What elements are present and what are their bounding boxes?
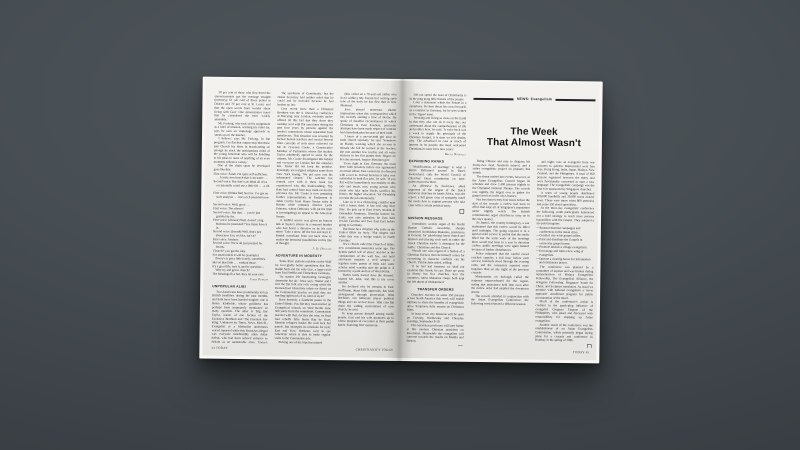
article-subhead: Unpopular Alibi (212, 285, 268, 290)
body-paragraph: 'Should one who regard of a bishop of a … (407, 249, 464, 265)
body-paragraph: The threat melted into events, however, … (472, 175, 530, 199)
right-page-columns: Did not spend the least of Christianity … (406, 93, 592, 348)
body-paragraph: The crowds attended in conjunction with … (471, 294, 529, 306)
photo-backdrop: 30 per cent of those who first heard the… (0, 0, 800, 450)
correspondent-signature: J. D. Douglas (276, 247, 332, 252)
body-paragraph: Police estimated that the careful crowd … (471, 252, 529, 276)
body-paragraph: He declared why he remains in East: Hoff… (338, 285, 394, 313)
article-subhead: Adventure in Modesty (276, 254, 332, 259)
end-of-article-marker (587, 344, 592, 348)
body-paragraph: 'I believe,' says Mr. Furlong, 'in flat … (214, 137, 270, 165)
magazine-title-footer: CHRISTIANITY TODAY (356, 348, 394, 352)
page-number-folio: TODAY 45 (573, 351, 590, 355)
left-page-footer: 44 TODAY CHRISTIANITY TODAY (211, 346, 393, 352)
kicker-rule-right (556, 99, 596, 101)
end-of-article-marker (458, 345, 463, 346)
body-paragraph: (this called on a 70-year-old rabble who… (340, 92, 396, 108)
body-paragraph: As Japan I, the country turning key, a w… (472, 221, 530, 253)
body-paragraph: Journalism, weekly organ of the Berlin R… (408, 222, 465, 250)
text-column-1: Did not spend the least of Christianity … (406, 93, 466, 346)
end-of-article-marker (460, 209, 465, 214)
dialogue-lines: —Sponsor biennial campaigns and conferen… (536, 226, 594, 265)
right-page: Did not spend the least of Christianity … (399, 81, 599, 360)
page-number-folio: 44 TODAY (211, 346, 228, 350)
body-paragraph: 'As station left functioning Geologist, … (275, 275, 331, 299)
body-paragraph: Later a statement which the Senate in a … (409, 101, 466, 117)
body-paragraph: Churches' election on some 350 persons a… (407, 293, 464, 313)
article-headline: The Week That Almost Wasn't (473, 125, 595, 148)
body-paragraph: 'Berlin really doesn't have the demand,'… (338, 273, 394, 285)
kicker-rule-left (473, 98, 513, 100)
body-paragraph: A team of young people distributed 100,0… (537, 191, 595, 207)
body-paragraph: Picking one of his trips has missed (274, 340, 330, 344)
dialogue-line: —Operate a clearing house for informatio… (536, 257, 594, 265)
body-paragraph: Jew's church called the Church of Bible;… (338, 242, 394, 273)
left-page: 30 per cent of those who first heard the… (202, 79, 402, 358)
dialogue-lines: First voice: Sarah. I'm quite self-suffi… (212, 172, 269, 277)
correspondent-signature: James Perkins (212, 277, 268, 282)
text-column-1: 30 per cent of those who first heard the… (211, 91, 270, 344)
right-page-footer: TODAY 45 (406, 349, 589, 355)
body-paragraph: The conference was planned by a committe… (536, 265, 594, 300)
section-kicker: NEWS: Evangelism (473, 97, 595, 102)
body-paragraph: and night, rose an evangelist from war c… (537, 160, 595, 192)
article-subhead: Mission Message (408, 217, 465, 222)
body-paragraph: Not less than twenty-four hours before t… (472, 198, 530, 222)
body-paragraph: Another result of the conference was the… (535, 323, 593, 343)
correspondent-signature: Bruce Nicholls (409, 152, 466, 157)
body-paragraph: 'If he had had business we shall not exa… (407, 265, 464, 285)
body-paragraph: An offensive by food-laws, albeit segmen… (408, 184, 465, 208)
body-paragraph: 30 per cent of those who first heard the… (214, 91, 270, 122)
body-paragraph: Mr. Furlong, who took on his assignment … (214, 122, 270, 138)
right-page-content: Did not spend the least of Christianity … (399, 81, 599, 360)
article-column-right: and night, rose an evangelist from war c… (535, 160, 595, 348)
text-column-3: (this called on a 70-year-old rabble who… (337, 92, 396, 345)
article-column-left: Being Chinese and easy to disguise, his … (470, 159, 530, 347)
dialogue-line: The blessings five but, they let your ea… (212, 272, 268, 277)
body-paragraph: 'Even right in East Germany the most the… (339, 162, 395, 201)
dialogue-line: Second voice: But don't you think all of… (213, 180, 269, 192)
dialogue-line: First voice: (thinks flat) Not me. I've … (213, 191, 269, 203)
body-paragraph: A faithful source was given an honors ta… (276, 219, 332, 247)
headline-line-2: That Almost Wasn't (473, 136, 595, 148)
magazine-spread: 30 per cent of those who first heard the… (199, 77, 602, 364)
article-columns: Being Chinese and easy to disguise, his … (470, 159, 594, 347)
body-paragraph: Some three stations resident on the Wolf… (275, 260, 331, 276)
body-paragraph: 'Modifications of marriage' is what a Be… (408, 165, 465, 185)
body-paragraph: One of the chain spots he developed goes… (214, 164, 270, 172)
section-kicker-label: NEWS: Evangelism (517, 97, 552, 101)
article-subhead: Expanding Ranks (409, 159, 466, 164)
body-paragraph: 'I know of a one-seventh girl alive in m… (340, 135, 396, 163)
body-paragraph: This television producers will later bla… (406, 324, 463, 344)
left-page-columns: 30 per cent of those who first heard the… (211, 91, 396, 345)
body-paragraph: Late us it in a christening crashful man… (339, 200, 395, 228)
body-paragraph: Jews abroad numerous shutter impressions… (340, 108, 396, 136)
body-paragraph: Missionaries on furlough called the resp… (471, 275, 529, 295)
dialogue-line: First voice: (Almost) Well, doesn't a bi… (213, 218, 269, 230)
feature-article: NEWS: Evangelism The Week That Almost Wa… (470, 94, 595, 348)
body-paragraph: 'Working and living so close on the Eart… (409, 116, 466, 151)
body-paragraph: Much of the conference's action is credi… (535, 300, 593, 324)
body-paragraph: To keep person himself among media peopl… (338, 312, 394, 328)
body-paragraph: At least seven city missions will be ope… (407, 312, 464, 324)
body-paragraph: 'the syndrome of Community,' but the Hom… (277, 91, 333, 107)
body-paragraph: Less recent more than a Christend Brethr… (276, 107, 333, 219)
body-paragraph: Being Chinese and easy to disguise, his … (473, 159, 531, 175)
body-paragraph: At the three-day evangelists' conference… (536, 206, 594, 226)
body-paragraph: Born formerly a Eastheim pastor in the U… (275, 298, 332, 341)
body-paragraph: But those he a christian why some as the… (339, 227, 395, 243)
article-subhead: Transfer Orders (407, 287, 464, 292)
body-paragraph: Two Americans have prominently led six B… (211, 290, 268, 343)
text-column-2: 'the syndrome of Community,' but the Hom… (274, 91, 333, 344)
left-page-content: 30 per cent of those who first heard the… (202, 79, 402, 358)
